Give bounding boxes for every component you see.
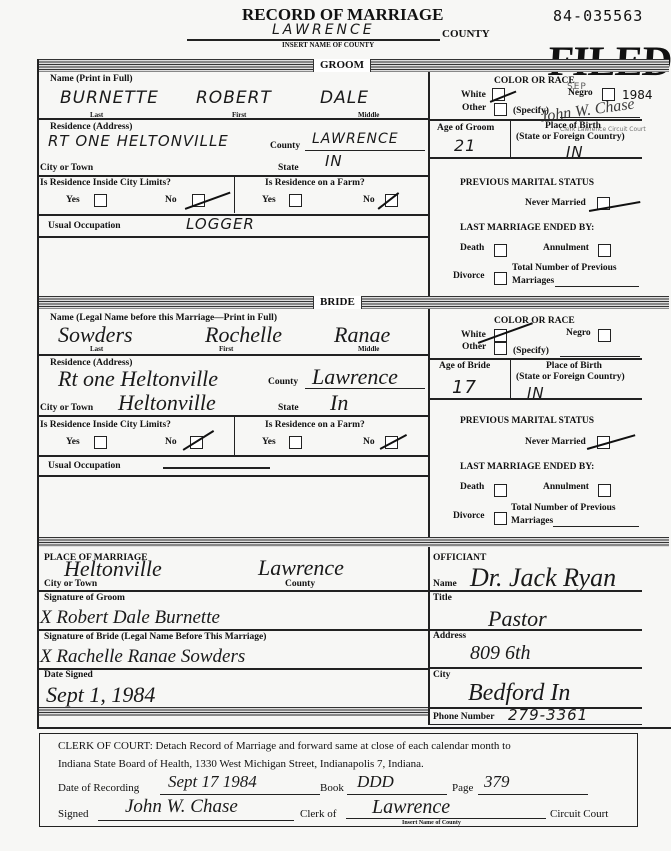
bride-section-label: BRIDE [313, 296, 362, 309]
bride-age-value[interactable]: 17 [452, 377, 477, 398]
bride-farm-yes-label: Yes [262, 437, 276, 447]
county-caption: INSERT NAME OF COUNTY [282, 41, 374, 49]
rule [39, 668, 428, 670]
groom-section-label: GROOM [313, 59, 371, 72]
date-recording-label: Date of Recording [58, 782, 139, 794]
bride-marriages-label: Marriages [511, 516, 553, 526]
rule [39, 354, 428, 356]
bride-negro-checkbox[interactable] [598, 329, 611, 342]
groom-farm-question: Is Residence on a Farm? [265, 178, 365, 188]
bride-other-label: Other [462, 342, 486, 352]
bride-city-label: City or Town [40, 403, 93, 413]
rule [430, 398, 642, 400]
groom-farm-no-label: No [363, 195, 375, 205]
officiant-phone-value[interactable]: 279-3361 [508, 706, 588, 724]
divider [234, 416, 235, 455]
rule [430, 724, 642, 725]
bride-city-value[interactable]: Heltonville [118, 390, 216, 416]
date-signed-value[interactable]: Sept 1, 1984 [46, 682, 155, 708]
bride-birth-caption: (State or Foreign Country) [516, 372, 625, 382]
groom-death-checkbox[interactable] [494, 244, 507, 257]
bride-annulment-checkbox[interactable] [598, 484, 611, 497]
bride-city-no-label: No [165, 437, 177, 447]
clerk-instructions-line1: CLERK OF COURT: Detach Record of Marriag… [58, 740, 511, 752]
bride-prev-status-title: PREVIOUS MARITAL STATUS [460, 416, 594, 426]
page-label: Page [452, 782, 473, 794]
clerk-signature-value[interactable]: John W. Chase [125, 796, 238, 818]
bride-negro-label: Negro [566, 328, 591, 338]
bride-specify-label: (Specify) [513, 346, 549, 356]
divider [234, 176, 235, 213]
officiant-name-value[interactable]: Dr. Jack Ryan [470, 563, 616, 593]
clerk-of-county-value[interactable]: Lawrence [372, 796, 450, 819]
bride-last-ended-title: LAST MARRIAGE ENDED BY: [460, 462, 594, 472]
groom-divorce-checkbox[interactable] [494, 272, 507, 285]
officiant-divider [428, 547, 430, 725]
bride-white-label: White [461, 330, 486, 340]
groom-birth-caption: (State or Foreign Country) [516, 132, 625, 142]
officiant-phone-label: Phone Number [433, 712, 495, 722]
signed-label: Signed [58, 808, 89, 820]
groom-state-value[interactable]: IN [325, 152, 343, 170]
groom-county-label: County [270, 141, 300, 151]
bride-farm-question: Is Residence on a Farm? [265, 420, 365, 430]
groom-signature-value[interactable]: X Robert Dale Burnette [40, 607, 220, 629]
groom-farm-yes-checkbox[interactable] [289, 194, 302, 207]
bride-signature-value[interactable]: X Rachelle Ranae Sowders [40, 646, 245, 668]
rule [98, 820, 294, 821]
groom-signature-label: Signature of Groom [44, 593, 125, 603]
bride-residence-value[interactable]: Rt one Heltonville [58, 366, 218, 392]
rule [39, 455, 428, 457]
rule [39, 475, 428, 477]
officiant-city-label: City [433, 670, 450, 680]
rule [430, 590, 642, 592]
groom-total-prev-label: Total Number of Previous [512, 263, 617, 273]
groom-occupation-label: Usual Occupation [48, 221, 121, 231]
groom-never-married-label: Never Married [525, 198, 586, 208]
rule [37, 727, 671, 729]
bride-never-married-label: Never Married [525, 437, 586, 447]
bride-death-checkbox[interactable] [494, 484, 507, 497]
groom-marriages-label: Marriages [512, 276, 554, 286]
groom-name-label: Name (Print in Full) [50, 74, 133, 84]
bride-county-value[interactable]: Lawrence [312, 364, 398, 390]
bride-total-prev-label: Total Number of Previous [511, 503, 616, 513]
bride-annulment-label: Annulment [543, 482, 589, 492]
bride-divorce-checkbox[interactable] [494, 512, 507, 525]
bride-divider [428, 309, 430, 537]
groom-birth-label: Place of Birth [545, 121, 601, 131]
groom-negro-checkbox[interactable] [602, 88, 615, 101]
groom-last-name[interactable]: BURNETTE [60, 88, 159, 108]
bride-occupation-label: Usual Occupation [48, 461, 121, 471]
groom-city-yes-checkbox[interactable] [94, 194, 107, 207]
rule [430, 157, 642, 159]
rule [430, 119, 642, 121]
groom-residence-label: Residence (Address) [50, 122, 132, 132]
book-value[interactable]: DDD [357, 772, 394, 792]
bride-farm-no-label: No [363, 437, 375, 447]
bride-race-title: COLOR OR RACE [494, 316, 575, 326]
rule [39, 118, 428, 120]
bride-state-label: State [278, 403, 299, 413]
bride-other-checkbox[interactable] [494, 342, 507, 355]
rule [39, 590, 428, 592]
rule [560, 356, 640, 357]
book-label: Book [320, 782, 344, 794]
bride-farm-yes-checkbox[interactable] [289, 436, 302, 449]
bride-age-label: Age of Bride [439, 361, 490, 371]
rule [553, 526, 639, 527]
rule [430, 667, 642, 669]
rule [478, 794, 588, 795]
rule [160, 794, 320, 795]
bride-death-label: Death [460, 482, 484, 492]
county-value: LAWRENCE [272, 22, 375, 38]
groom-age-value[interactable]: 21 [454, 136, 476, 155]
groom-city-label: City or Town [40, 163, 93, 173]
bride-divorce-label: Divorce [453, 511, 484, 521]
groom-white-label: White [461, 90, 486, 100]
groom-residence-value[interactable]: RT ONE HELTONVILLE [48, 132, 229, 150]
marriage-city-caption: City or Town [44, 579, 97, 589]
officiant-city-value[interactable]: Bedford In [468, 680, 570, 707]
groom-annulment-checkbox[interactable] [598, 244, 611, 257]
rule [39, 236, 428, 238]
ceremony-banner [39, 537, 669, 547]
rule [305, 150, 425, 151]
rule [163, 467, 270, 469]
bride-city-yes-label: Yes [66, 437, 80, 447]
groom-last-ended-title: LAST MARRIAGE ENDED BY: [460, 223, 594, 233]
groom-state-label: State [278, 163, 299, 173]
bride-state-value[interactable]: In [330, 390, 348, 416]
bride-first-name[interactable]: Rochelle [205, 322, 282, 348]
rule [560, 117, 640, 118]
bride-inside-city-question: Is Residence Inside City Limits? [40, 420, 171, 430]
groom-occupation-value[interactable]: LOGGER [186, 215, 255, 233]
bride-city-yes-checkbox[interactable] [94, 436, 107, 449]
bride-middle-caption: Middle [358, 345, 379, 353]
groom-specify-label: (Specify) [513, 106, 549, 116]
date-recording-value[interactable]: Sept 17 1984 [168, 772, 257, 792]
officiant-section-label: OFFICIANT [433, 553, 486, 563]
bride-signature-label: Signature of Bride (Legal Name Before Th… [44, 632, 266, 642]
clerk-instructions-line2: Indiana State Board of Health, 1330 West… [58, 758, 424, 770]
groom-county-value[interactable]: LAWRENCE [312, 131, 399, 147]
groom-middle-name[interactable]: DALE [320, 88, 369, 108]
divider [510, 119, 511, 157]
groom-inside-city-question: Is Residence Inside City Limits? [40, 178, 171, 188]
groom-first-name[interactable]: ROBERT [196, 88, 272, 108]
rule [555, 286, 639, 287]
rule [347, 794, 447, 795]
clerk-of-label: Clerk of [300, 808, 336, 820]
clerk-county-caption: Insert Name of County [402, 820, 461, 826]
officiant-name-label: Name [433, 579, 457, 589]
groom-city-yes-label: Yes [66, 195, 80, 205]
marriage-county-caption: County [285, 579, 315, 589]
divider [510, 358, 511, 398]
bride-first-caption: First [219, 345, 233, 353]
bride-county-label: County [268, 377, 298, 387]
record-number: 84-035563 [553, 7, 643, 25]
bride-birth-label: Place of Birth [546, 361, 602, 371]
date-signed-label: Date Signed [44, 670, 93, 680]
officiant-title-label: Title [433, 593, 452, 603]
groom-other-checkbox[interactable] [494, 103, 507, 116]
groom-other-label: Other [462, 103, 486, 113]
rule [39, 629, 428, 631]
rule [430, 358, 642, 360]
groom-prev-status-title: PREVIOUS MARITAL STATUS [460, 178, 594, 188]
rule [305, 388, 425, 389]
county-label: COUNTY [442, 28, 490, 40]
groom-annulment-label: Annulment [543, 243, 589, 253]
officiant-address-label: Address [433, 631, 466, 641]
officiant-address-value[interactable]: 809 6th [470, 642, 531, 665]
rule [346, 818, 546, 819]
marriage-county-value[interactable]: Lawrence [258, 555, 344, 581]
circuit-court-label: Circuit Court [550, 808, 608, 820]
page-value[interactable]: 379 [484, 772, 510, 792]
groom-race-title: COLOR OR RACE [494, 76, 575, 86]
groom-divorce-label: Divorce [453, 271, 484, 281]
ceremony-bottom-banner [39, 707, 428, 716]
groom-city-no-label: No [165, 195, 177, 205]
bride-last-caption: Last [90, 345, 103, 353]
groom-negro-label: Negro [568, 88, 593, 98]
groom-divider [428, 72, 430, 296]
groom-farm-yes-label: Yes [262, 195, 276, 205]
groom-death-label: Death [460, 243, 484, 253]
groom-age-label: Age of Groom [437, 123, 494, 133]
